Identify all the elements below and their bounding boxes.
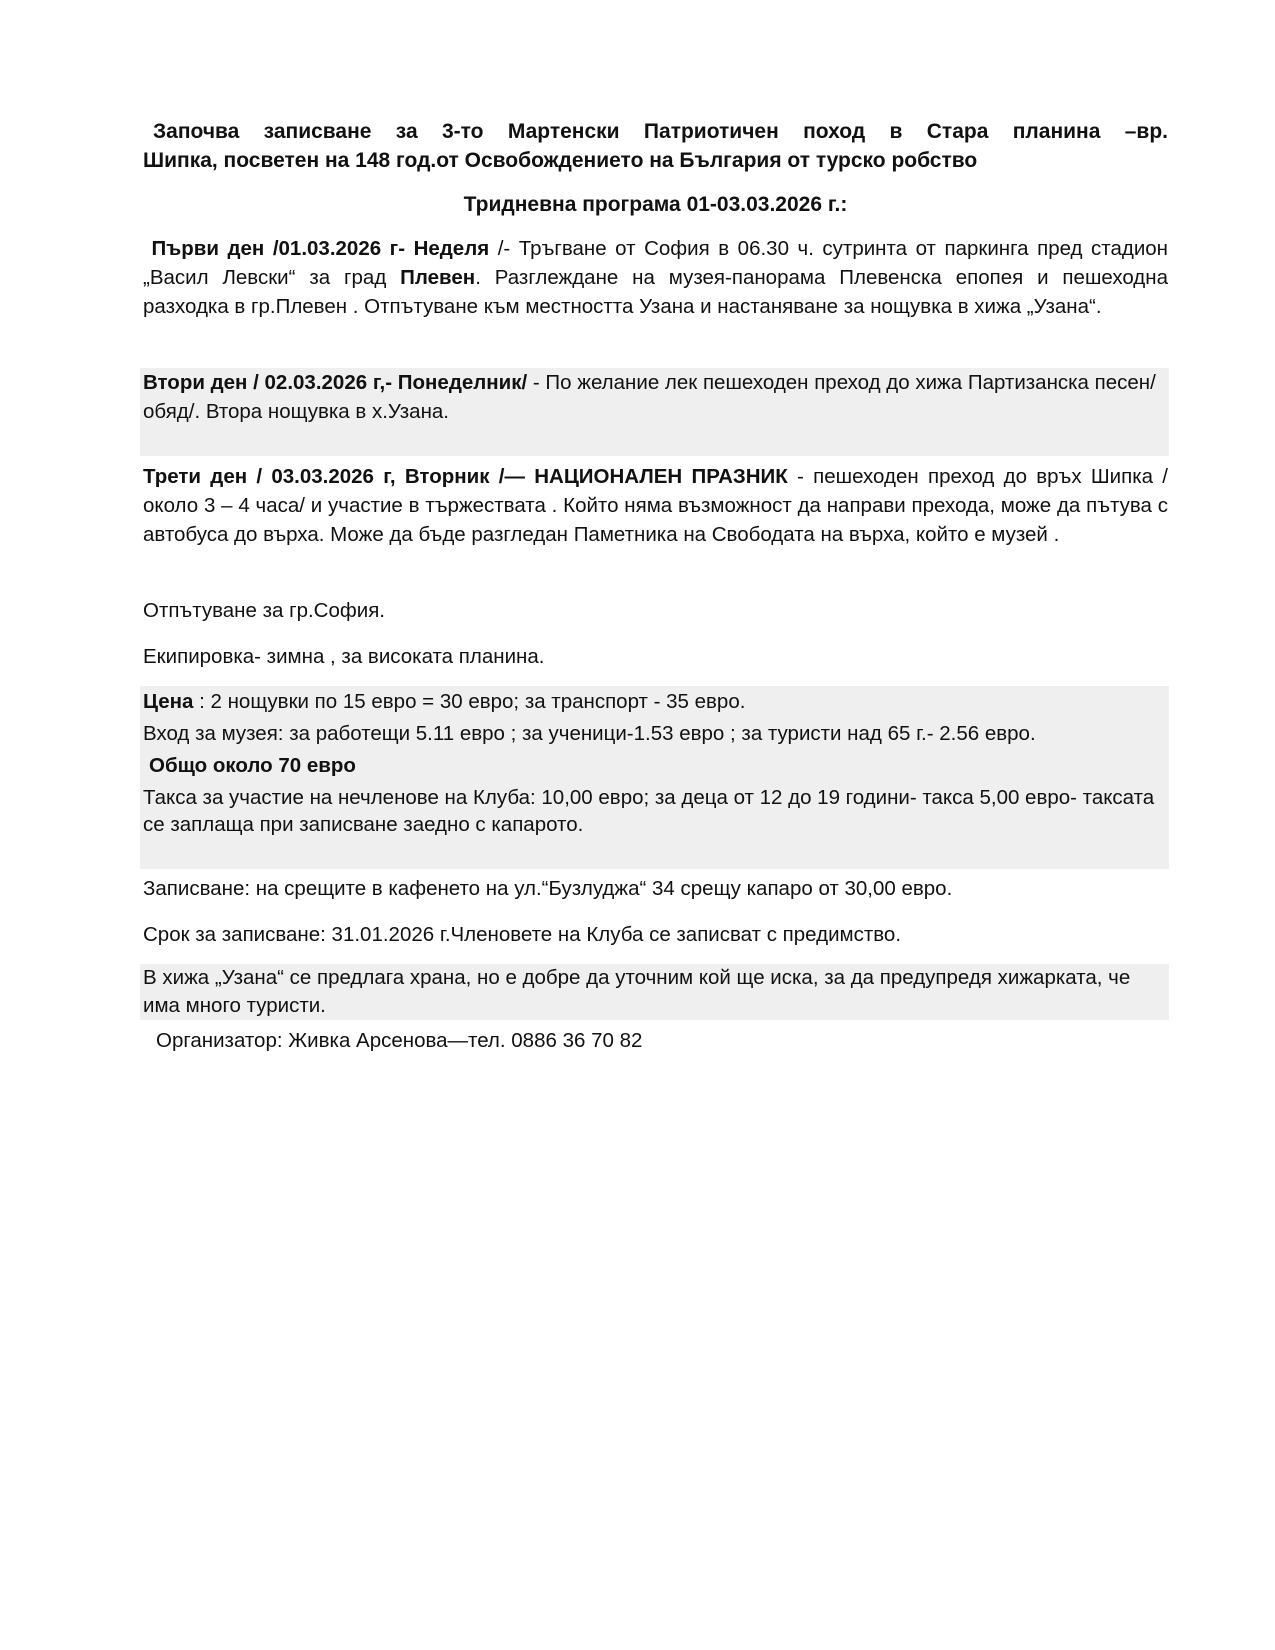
day2-paragraph: Втори ден / 02.03.2026 г,- Понеделник/ -… (140, 368, 1169, 456)
day3-heading: Трети ден / 03.03.2026 г, Вторник /— НАЦ… (143, 465, 788, 488)
participation-fee: Такса за участие на нечленове на Клуба: … (143, 784, 1169, 838)
title-line-2: Шипка, посветен на 148 год.от Освобожден… (143, 149, 977, 172)
price-section: Цена : 2 нощувки по 15 евро = 30 евро; з… (140, 686, 1169, 869)
equipment-line: Екипировка- зимна , за високата планина. (143, 642, 1168, 671)
day1-heading: Първи ден /01.03.2026 г- Неделя (152, 237, 490, 260)
day2-heading: Втори ден / 02.03.2026 г,- Понеделник/ (143, 371, 527, 394)
registration-line: Записване: на срещите в кафенето на ул.“… (143, 874, 1168, 903)
price-label: Цена (143, 690, 193, 713)
day1-paragraph: Първи ден /01.03.2026 г- Неделя /- Тръгв… (143, 234, 1168, 321)
title-line-1: Започва записване за 3-то Мартенски Патр… (143, 117, 1168, 146)
page-title: Започва записване за 3-то Мартенски Патр… (143, 117, 1168, 175)
organizer-line: Организатор: Живка Арсенова—тел. 0886 36… (143, 1026, 1168, 1055)
deadline-line: Срок за записване: 31.01.2026 г.Членовет… (143, 920, 1168, 949)
document-page: Започва записване за 3-то Мартенски Патр… (0, 0, 1275, 1650)
price-line: Цена : 2 нощувки по 15 евро = 30 евро; з… (143, 686, 1169, 716)
food-note: В хижа „Узана“ се предлага храна, но е д… (140, 964, 1169, 1020)
price-total: Общо около 70 евро (143, 751, 1169, 780)
day1-city: Плевен (400, 266, 475, 289)
program-title: Тридневна програма 01-03.03.2026 г.: (143, 190, 1168, 219)
day3-paragraph: Трети ден / 03.03.2026 г, Вторник /— НАЦ… (143, 462, 1168, 549)
departure-line: Отпътуване за гр.София. (143, 596, 1168, 625)
museum-entry-line: Вход за музея: за работещи 5.11 евро ; з… (143, 720, 1169, 747)
price-text: : 2 нощувки по 15 евро = 30 евро; за тра… (193, 690, 745, 713)
